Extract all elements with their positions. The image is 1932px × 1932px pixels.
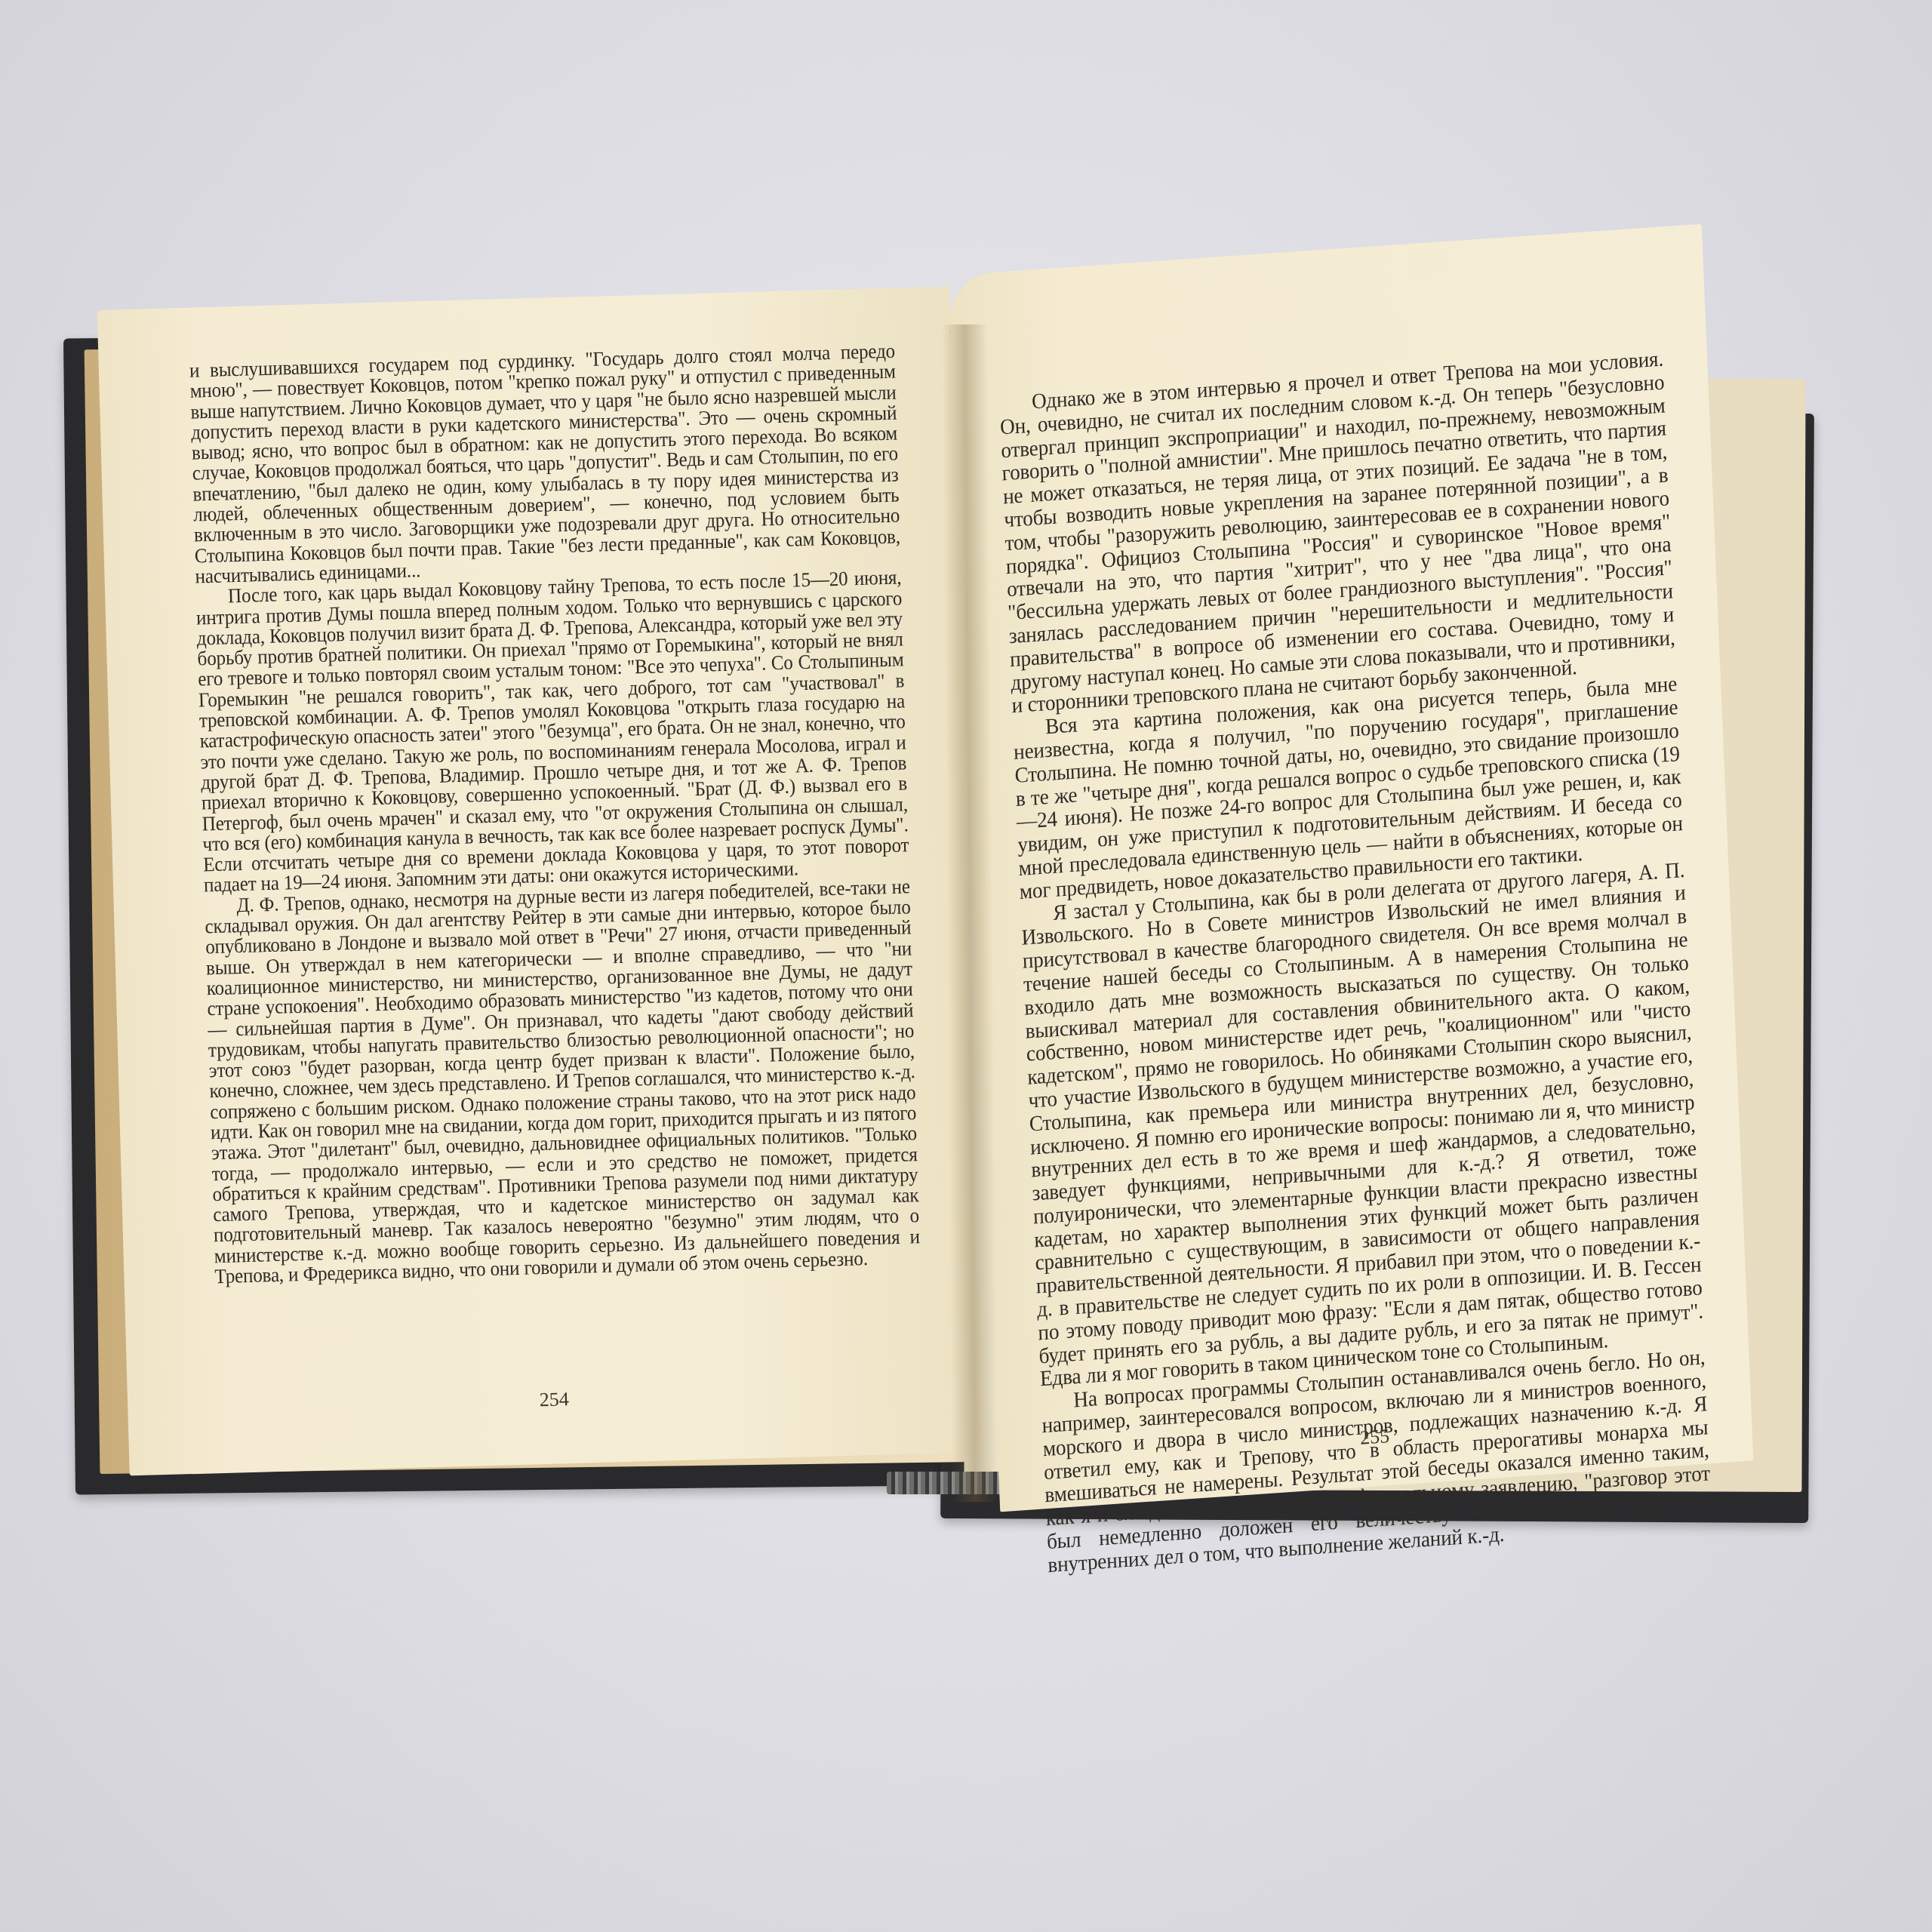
paragraph: и выслушивавшихся государем под сурдинку… <box>189 341 901 587</box>
paragraph: После того, как царь выдал Коковцову тай… <box>195 568 909 896</box>
left-page-text: и выслушивавшихся государем под сурдинку… <box>189 341 921 1287</box>
paragraph: Я застал у Столыпина, как бы в роли деле… <box>1020 858 1705 1391</box>
page-number: 254 <box>128 1377 980 1423</box>
open-book-photo: и выслушивавшихся государем под сурдинку… <box>0 0 1932 1932</box>
paragraph: Д. Ф. Трепов, однако, несмотря на дурные… <box>204 876 921 1287</box>
left-page: и выслушивавшихся государем под сурдинку… <box>97 287 983 1476</box>
right-page-text: Однако же в этом интервью я прочел и отв… <box>998 348 1712 1577</box>
right-page: Однако же в этом интервью я прочел и отв… <box>949 224 1754 1512</box>
paragraph: Однако же в этом интервью я прочел и отв… <box>998 348 1676 718</box>
